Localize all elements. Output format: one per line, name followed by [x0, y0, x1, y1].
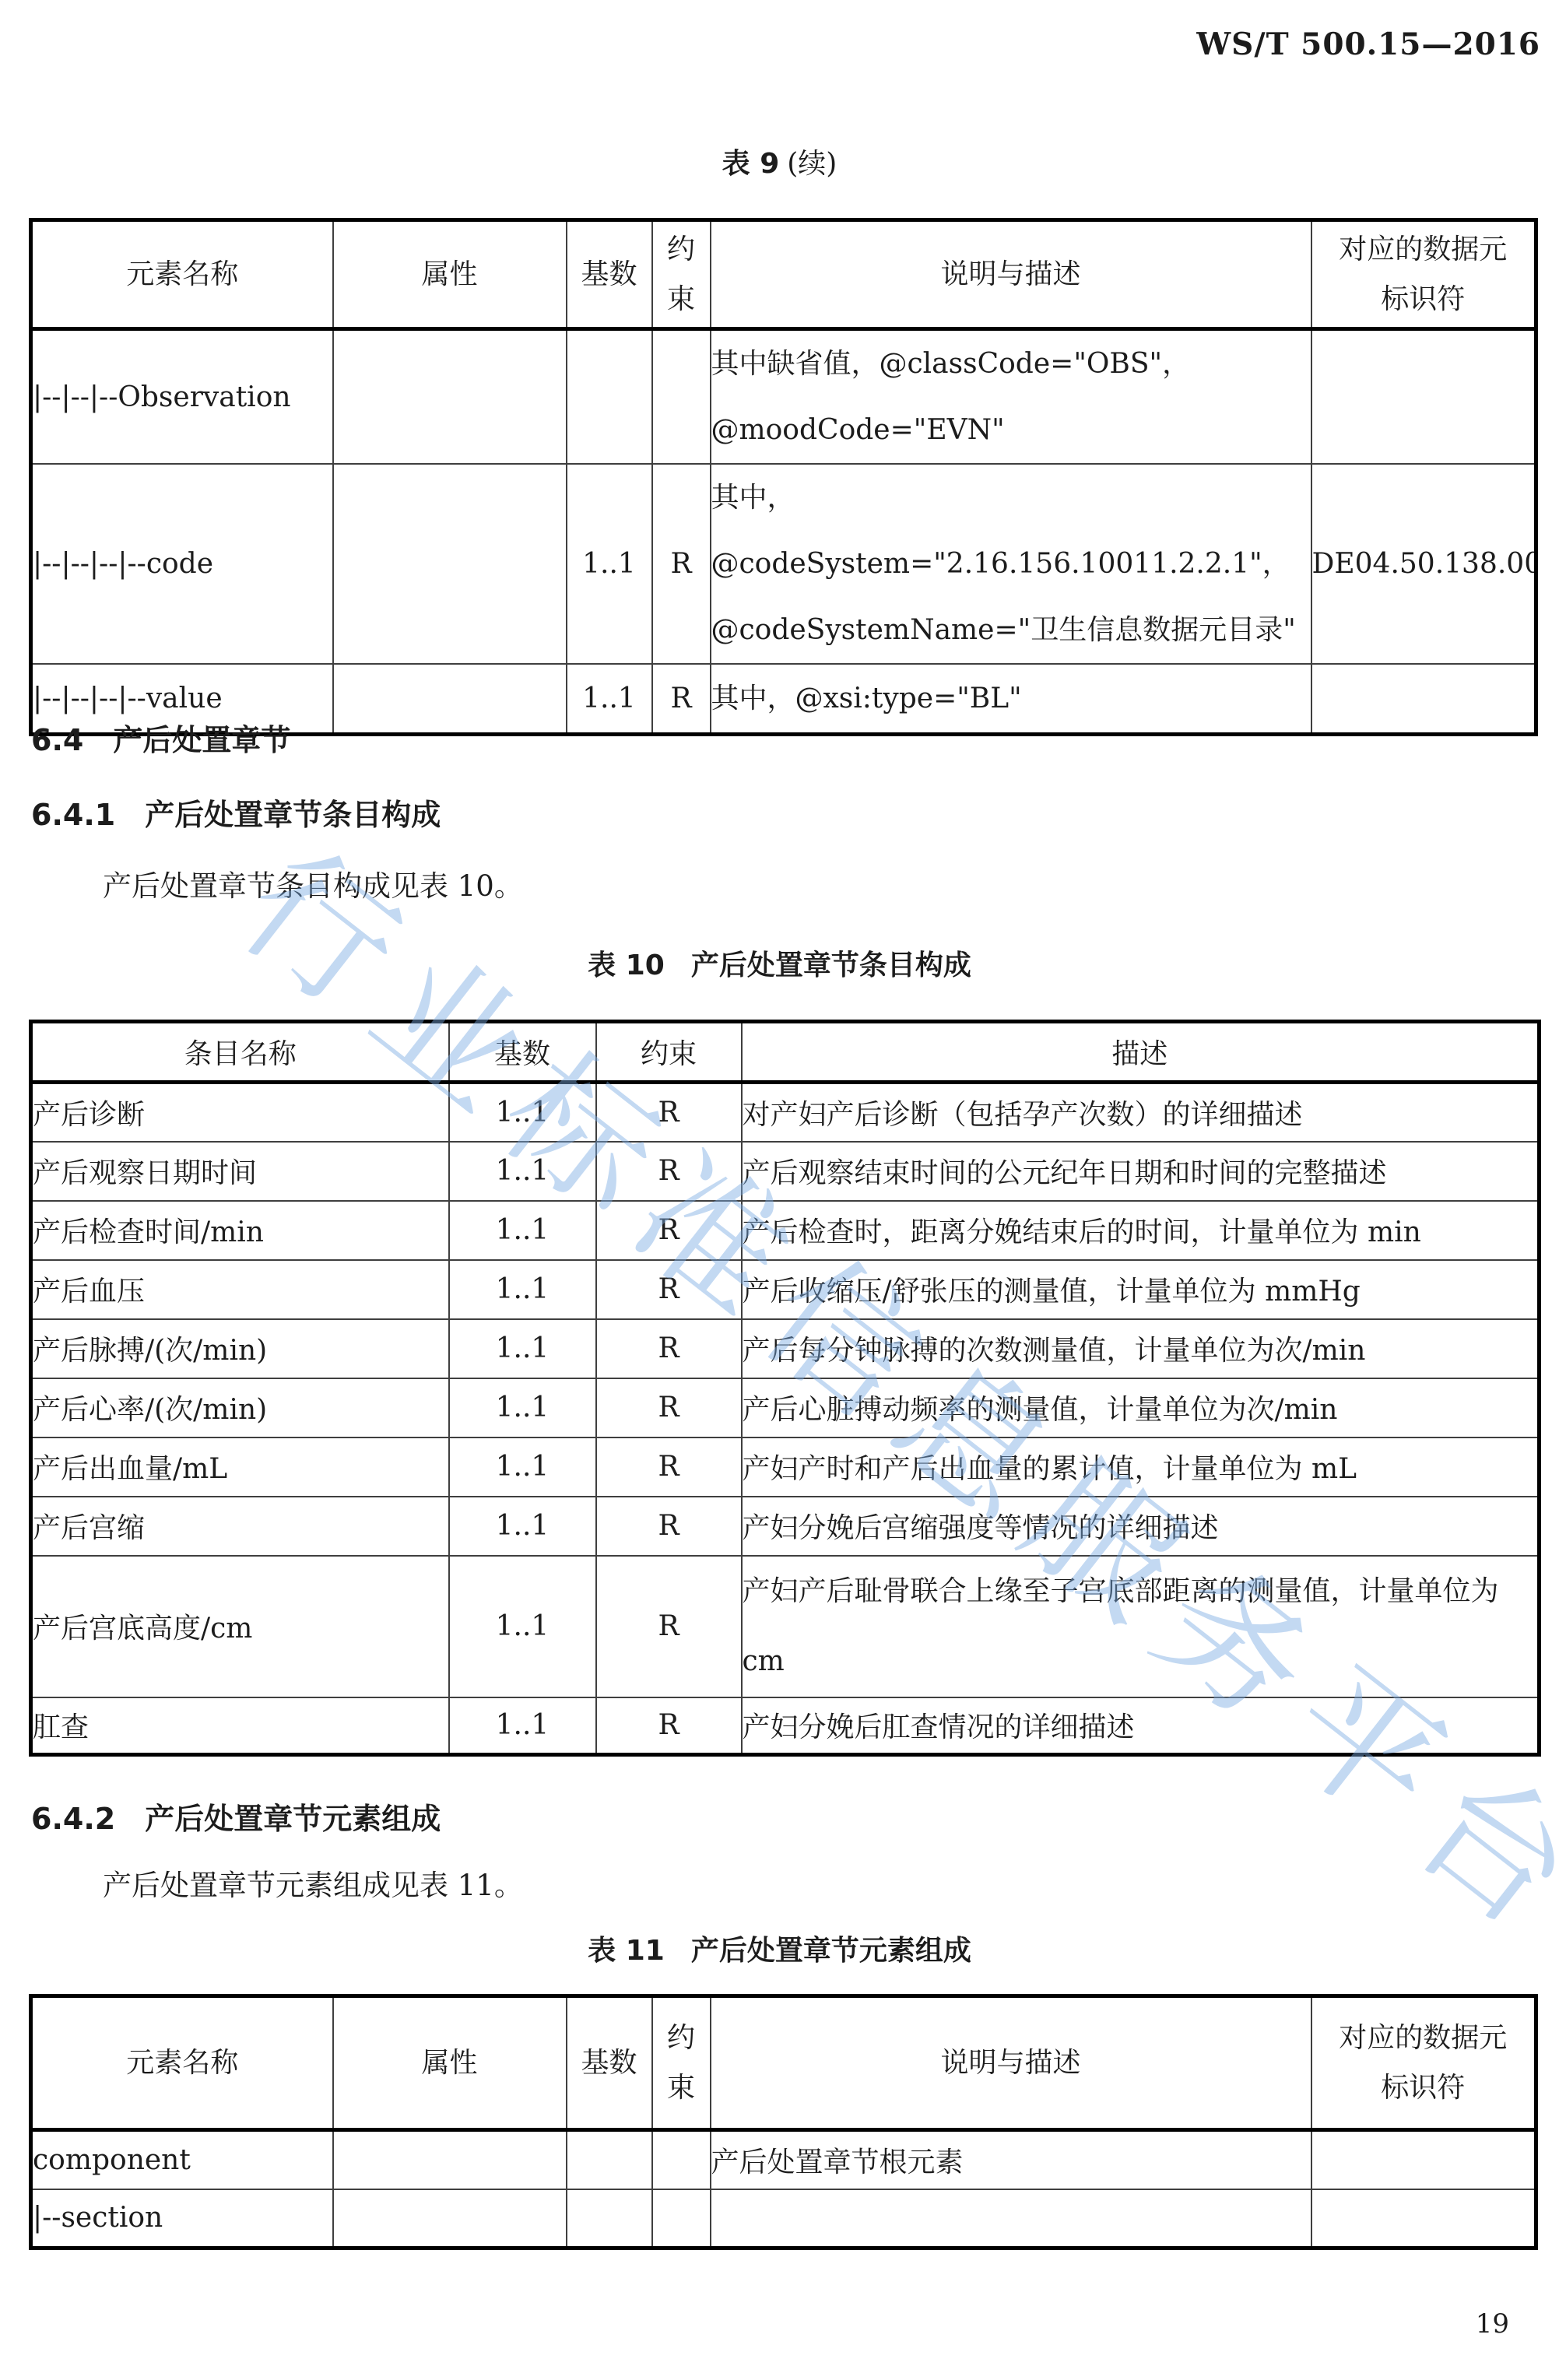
table-row: 产后检查时间/min 1..1 R 产后检查时，距离分娩结束后的时间，计量单位为…: [31, 1201, 1540, 1260]
page-number: 19: [1476, 2308, 1509, 2340]
entry-name-cell: 产后宫底高度/cm: [31, 1556, 449, 1697]
data-element-id-cell: [1311, 2130, 1536, 2189]
table-row: 肛查 1..1 R 产妇分娩后肛查情况的详细描述: [31, 1697, 1540, 1755]
cardinality-cell: [567, 329, 652, 465]
data-element-id-cell: DE04.50.138.00: [1311, 464, 1536, 664]
description-cell: 产后心脏搏动频率的测量值，计量单位为次/min: [742, 1378, 1540, 1437]
description-cell: 产妇分娩后肛查情况的详细描述: [742, 1697, 1540, 1755]
cardinality-cell: [567, 2130, 652, 2189]
col-header-description: 说明与描述: [711, 1996, 1311, 2130]
section-title: 产后处置章节条目构成: [145, 798, 441, 832]
entry-name-cell: 产后观察日期时间: [31, 1142, 449, 1201]
col-header-description: 说明与描述: [711, 220, 1311, 329]
constraint-cell: R: [596, 1083, 742, 1142]
cardinality-cell: 1..1: [449, 1319, 596, 1378]
constraint-cell: R: [596, 1497, 742, 1556]
col-header-attribute: 属性: [333, 220, 567, 329]
table-row: 产后宫底高度/cm 1..1 R 产妇产后耻骨联合上缘至子宫底部距离的测量值，计…: [31, 1556, 1540, 1697]
table-row: 产后心率/(次/min) 1..1 R 产后心脏搏动频率的测量值，计量单位为次/…: [31, 1378, 1540, 1437]
entry-name-cell: 产后脉搏/(次/min): [31, 1319, 449, 1378]
col-header-data-element-id: 对应的数据元标识符: [1311, 220, 1536, 329]
element-name-cell: |--|--|--|--code: [31, 464, 333, 664]
cardinality-cell: 1..1: [449, 1556, 596, 1697]
table-row: 产后诊断 1..1 R 对产妇产后诊断（包括孕产次数）的详细描述: [31, 1083, 1540, 1142]
paragraph-6-4-2: 产后处置章节元素组成见表 11。: [103, 1862, 523, 1904]
entry-name-cell: 肛查: [31, 1697, 449, 1755]
section-heading-6-4-1: 6.4.1产后处置章节条目构成: [31, 791, 441, 834]
col-header-constraint: 约束: [652, 220, 711, 329]
cardinality-cell: 1..1: [449, 1201, 596, 1260]
constraint-cell: R: [596, 1201, 742, 1260]
entry-name-cell: 产后血压: [31, 1260, 449, 1319]
data-element-id-cell: [1311, 329, 1536, 465]
section-title: 产后处置章节元素组成: [145, 1802, 441, 1836]
table11-caption: 表 11产后处置章节元素组成: [0, 1929, 1559, 1968]
cardinality-cell: 1..1: [449, 1083, 596, 1142]
col-header-element-name: 元素名称: [31, 1996, 333, 2130]
element-name-cell: |--section: [31, 2189, 333, 2248]
entry-name-cell: 产后宫缩: [31, 1497, 449, 1556]
section-title: 产后处置章节: [113, 723, 290, 757]
col-header-element-name: 元素名称: [31, 220, 333, 329]
constraint-cell: R: [596, 1378, 742, 1437]
constraint-cell: R: [596, 1697, 742, 1755]
table9-caption: 表 9(续): [0, 142, 1559, 181]
cardinality-cell: 1..1: [449, 1260, 596, 1319]
cardinality-cell: 1..1: [449, 1142, 596, 1201]
cardinality-cell: 1..1: [449, 1378, 596, 1437]
cardinality-cell: 1..1: [567, 664, 652, 734]
constraint-cell: [652, 2130, 711, 2189]
section-heading-6-4: 6.4产后处置章节: [31, 716, 290, 759]
description-cell: 产后处置章节根元素: [711, 2130, 1311, 2189]
table-row: component 产后处置章节根元素: [31, 2130, 1536, 2189]
section-number: 6.4: [31, 723, 83, 757]
element-name-cell: component: [31, 2130, 333, 2189]
col-header-cardinality: 基数: [567, 1996, 652, 2130]
table10-header-row: 条目名称 基数 约束 描述: [31, 1022, 1540, 1083]
table-row: 产后观察日期时间 1..1 R 产后观察结束时间的公元纪年日期和时间的完整描述: [31, 1142, 1540, 1201]
col-header-entry-name: 条目名称: [31, 1022, 449, 1083]
entry-name-cell: 产后出血量/mL: [31, 1437, 449, 1497]
table9-caption-continued: (续): [787, 148, 837, 180]
constraint-cell: R: [596, 1260, 742, 1319]
cardinality-cell: 1..1: [449, 1437, 596, 1497]
table-row: |--section: [31, 2189, 1536, 2248]
col-header-cardinality: 基数: [449, 1022, 596, 1083]
table-row: 产后出血量/mL 1..1 R 产妇产时和产后出血量的累计值，计量单位为 mL: [31, 1437, 1540, 1497]
attribute-cell: [333, 329, 567, 465]
constraint-cell: R: [596, 1437, 742, 1497]
table11-caption-label: 表 11: [588, 1935, 665, 1967]
description-cell: 其中， @codeSystem="2.16.156.10011.2.2.1"， …: [711, 464, 1311, 664]
attribute-cell: [333, 664, 567, 734]
constraint-cell: R: [596, 1142, 742, 1201]
data-element-id-cell: [1311, 2189, 1536, 2248]
description-cell: 产妇分娩后宫缩强度等情况的详细描述: [742, 1497, 1540, 1556]
cardinality-cell: 1..1: [567, 464, 652, 664]
entry-name-cell: 产后检查时间/min: [31, 1201, 449, 1260]
table-row: |--|--|--Observation 其中缺省值，@classCode="O…: [31, 329, 1536, 465]
table10-caption-title: 产后处置章节条目构成: [691, 950, 971, 981]
constraint-cell: [652, 329, 711, 465]
entry-name-cell: 产后心率/(次/min): [31, 1378, 449, 1437]
document-page: WS/T 500.15—2016 表 9(续) 元素名称 属性 基数 约束 说明…: [0, 0, 1559, 2380]
constraint-cell: R: [596, 1556, 742, 1697]
cardinality-cell: [567, 2189, 652, 2248]
section-number: 6.4.1: [31, 798, 115, 832]
table11-caption-title: 产后处置章节元素组成: [691, 1935, 971, 1967]
col-header-description: 描述: [742, 1022, 1540, 1083]
table11-header-row: 元素名称 属性 基数 约束 说明与描述 对应的数据元标识符: [31, 1996, 1536, 2130]
constraint-cell: R: [652, 664, 711, 734]
col-header-cardinality: 基数: [567, 220, 652, 329]
table10-caption-label: 表 10: [588, 950, 665, 981]
cardinality-cell: 1..1: [449, 1497, 596, 1556]
col-header-attribute: 属性: [333, 1996, 567, 2130]
attribute-cell: [333, 2130, 567, 2189]
table-11: 元素名称 属性 基数 约束 说明与描述 对应的数据元标识符 component …: [29, 1994, 1538, 2250]
description-cell: 对产妇产后诊断（包括孕产次数）的详细描述: [742, 1083, 1540, 1142]
table10-caption: 表 10产后处置章节条目构成: [0, 943, 1559, 983]
description-cell: 产妇产后耻骨联合上缘至子宫底部距离的测量值，计量单位为 cm: [742, 1556, 1540, 1697]
doc-code: WS/T 500.15—2016: [1196, 26, 1540, 62]
table-10: 条目名称 基数 约束 描述 产后诊断 1..1 R 对产妇产后诊断（包括孕产次数…: [29, 1020, 1541, 1757]
description-cell: 其中，@xsi:type="BL": [711, 664, 1311, 734]
description-cell: 产妇产时和产后出血量的累计值，计量单位为 mL: [742, 1437, 1540, 1497]
element-name-cell: |--|--|--Observation: [31, 329, 333, 465]
description-cell: 产后收缩压/舒张压的测量值，计量单位为 mmHg: [742, 1260, 1540, 1319]
table-row: 产后宫缩 1..1 R 产妇分娩后宫缩强度等情况的详细描述: [31, 1497, 1540, 1556]
col-header-data-element-id: 对应的数据元标识符: [1311, 1996, 1536, 2130]
description-cell: 产后检查时，距离分娩结束后的时间，计量单位为 min: [742, 1201, 1540, 1260]
data-element-id-cell: [1311, 664, 1536, 734]
description-cell: 其中缺省值，@classCode="OBS"， @moodCode="EVN": [711, 329, 1311, 465]
table9-caption-label: 表 9: [722, 148, 780, 180]
cardinality-cell: 1..1: [449, 1697, 596, 1755]
constraint-cell: R: [652, 464, 711, 664]
description-cell: [711, 2189, 1311, 2248]
attribute-cell: [333, 464, 567, 664]
constraint-cell: R: [596, 1319, 742, 1378]
description-cell: 产后观察结束时间的公元纪年日期和时间的完整描述: [742, 1142, 1540, 1201]
entry-name-cell: 产后诊断: [31, 1083, 449, 1142]
attribute-cell: [333, 2189, 567, 2248]
section-heading-6-4-2: 6.4.2产后处置章节元素组成: [31, 1795, 441, 1838]
description-cell: 产后每分钟脉搏的次数测量值，计量单位为次/min: [742, 1319, 1540, 1378]
paragraph-6-4-1: 产后处置章节条目构成见表 10。: [103, 862, 523, 904]
table9-header-row: 元素名称 属性 基数 约束 说明与描述 对应的数据元标识符: [31, 220, 1536, 329]
col-header-constraint: 约束: [596, 1022, 742, 1083]
table-row: 产后血压 1..1 R 产后收缩压/舒张压的测量值，计量单位为 mmHg: [31, 1260, 1540, 1319]
section-number: 6.4.2: [31, 1802, 115, 1836]
table-row: |--|--|--|--code 1..1 R 其中， @codeSystem=…: [31, 464, 1536, 664]
table-row: 产后脉搏/(次/min) 1..1 R 产后每分钟脉搏的次数测量值，计量单位为次…: [31, 1319, 1540, 1378]
constraint-cell: [652, 2189, 711, 2248]
col-header-constraint: 约束: [652, 1996, 711, 2130]
table-9: 元素名称 属性 基数 约束 说明与描述 对应的数据元标识符 |--|--|--O…: [29, 218, 1538, 736]
